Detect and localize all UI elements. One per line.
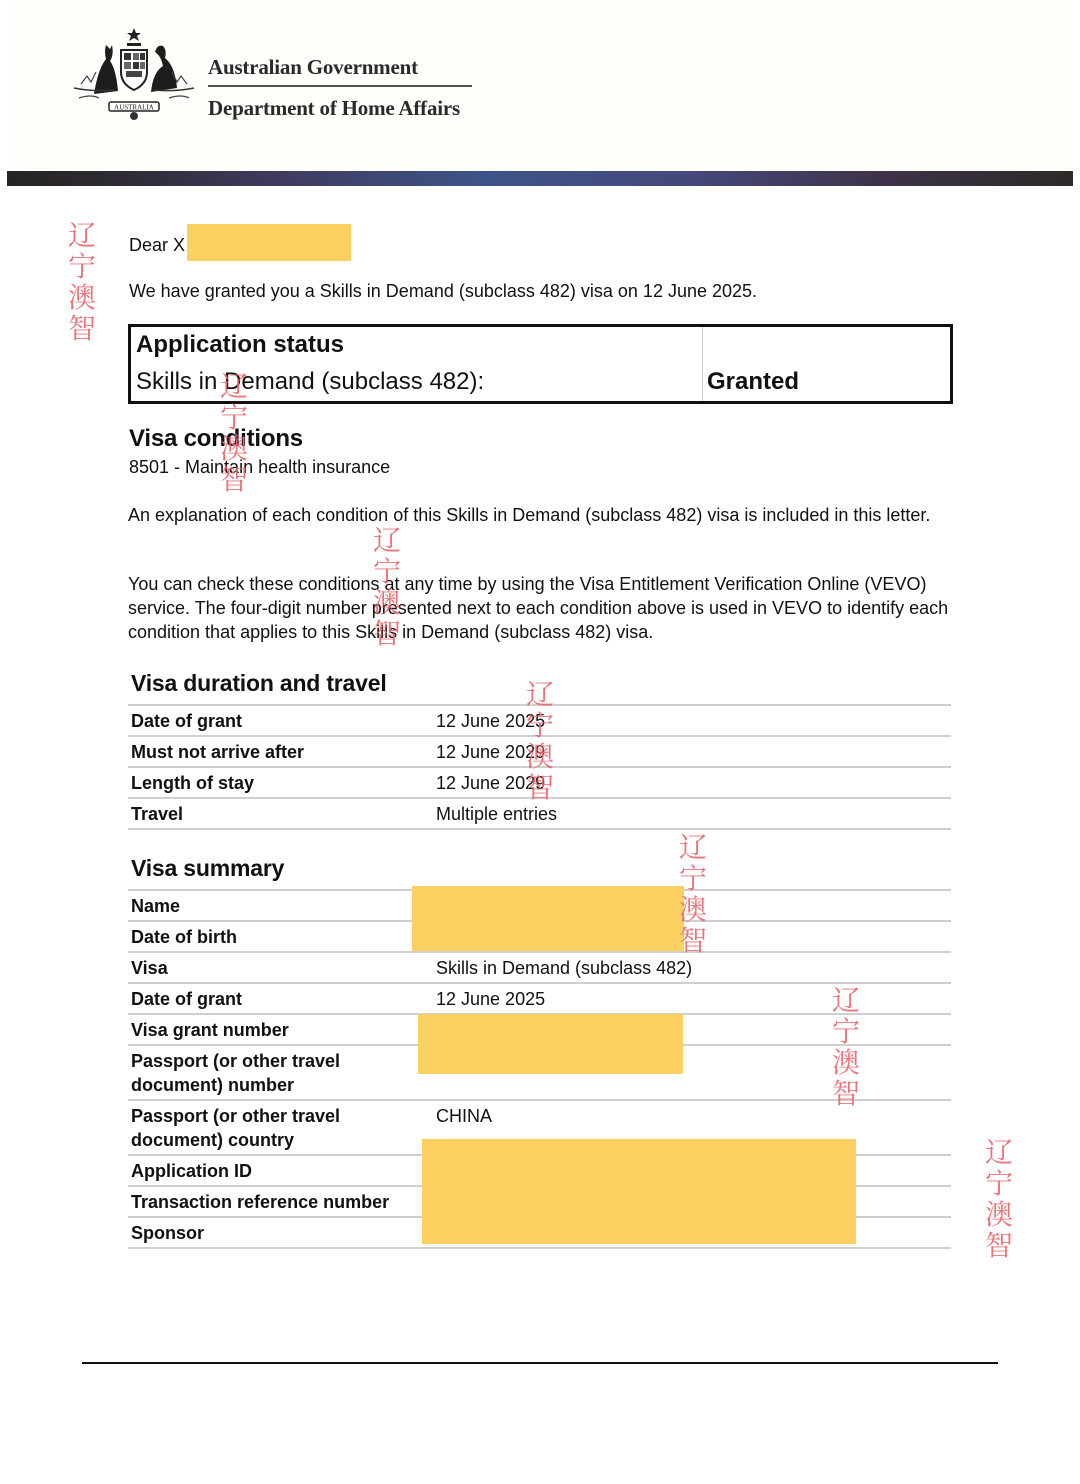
watermark: 辽宁澳智 <box>524 679 556 803</box>
header-band <box>7 171 1073 186</box>
coat-of-arms-icon: AUSTRALIA <box>69 26 199 122</box>
vevo-text: You can check these conditions at any ti… <box>128 572 958 644</box>
table-end-rule <box>128 1247 951 1249</box>
department-name: Department of Home Affairs <box>208 96 460 121</box>
row-label: Name <box>131 894 180 918</box>
row-label: Date of grant <box>131 709 242 733</box>
row-label: Date of birth <box>131 925 237 949</box>
watermark: 辽宁澳智 <box>66 220 98 344</box>
redacted-name <box>187 224 351 261</box>
footer-rule <box>82 1362 998 1364</box>
row-label: Transaction reference number <box>131 1190 389 1214</box>
row-value: Multiple entries <box>436 802 557 826</box>
condition-item: 8501 - Maintain health insurance <box>129 455 390 479</box>
row-label: Date of grant <box>131 987 242 1011</box>
table-end-rule <box>128 828 951 830</box>
watermark: 辽宁澳智 <box>218 371 250 495</box>
row-label: Passport (or other travel document) numb… <box>131 1049 340 1097</box>
visa-conditions-heading: Visa conditions <box>129 425 303 453</box>
table-row: Date of grant 12 June 2025 <box>128 982 951 1013</box>
intro-text: We have granted you a Skills in Demand (… <box>129 279 757 303</box>
redacted-application-details <box>422 1139 856 1244</box>
summary-heading: Visa summary <box>131 855 284 882</box>
redacted-grant-passport <box>418 1014 683 1074</box>
watermark: 辽宁澳智 <box>983 1137 1015 1261</box>
row-value: Skills in Demand (subclass 482) <box>436 956 692 980</box>
row-label: Application ID <box>131 1159 252 1183</box>
status-title: Application status <box>136 331 344 359</box>
row-value: 12 June 2025 <box>436 987 545 1011</box>
conditions-explanation: An explanation of each condition of this… <box>128 503 958 527</box>
row-label: Sponsor <box>131 1221 204 1245</box>
header-rule <box>208 85 472 87</box>
salutation: Dear X <box>129 233 185 257</box>
row-value: CHINA <box>436 1104 492 1128</box>
application-status-box: Application status Skills in Demand (sub… <box>128 324 953 404</box>
status-divider <box>702 327 703 401</box>
status-badge: Granted <box>707 368 799 396</box>
duration-heading: Visa duration and travel <box>131 670 387 697</box>
row-label: Must not arrive after <box>131 740 304 764</box>
row-label: Travel <box>131 802 183 826</box>
row-label: Passport (or other travel document) coun… <box>131 1104 340 1152</box>
letterhead: AUSTRALIA Australian Government Departme… <box>7 0 1073 186</box>
status-visa-label: Skills in Demand (subclass 482): <box>136 368 484 396</box>
watermark: 辽宁澳智 <box>830 985 862 1109</box>
crest-label: AUSTRALIA <box>114 104 154 112</box>
watermark: 辽宁澳智 <box>371 525 403 649</box>
row-label: Visa <box>131 956 168 980</box>
table-row: Visa Skills in Demand (subclass 482) <box>128 951 951 982</box>
watermark: 辽宁澳智 <box>677 832 709 956</box>
redacted-name-dob <box>412 886 684 951</box>
government-name: Australian Government <box>208 55 418 80</box>
row-label: Visa grant number <box>131 1018 289 1042</box>
row-label: Length of stay <box>131 771 254 795</box>
